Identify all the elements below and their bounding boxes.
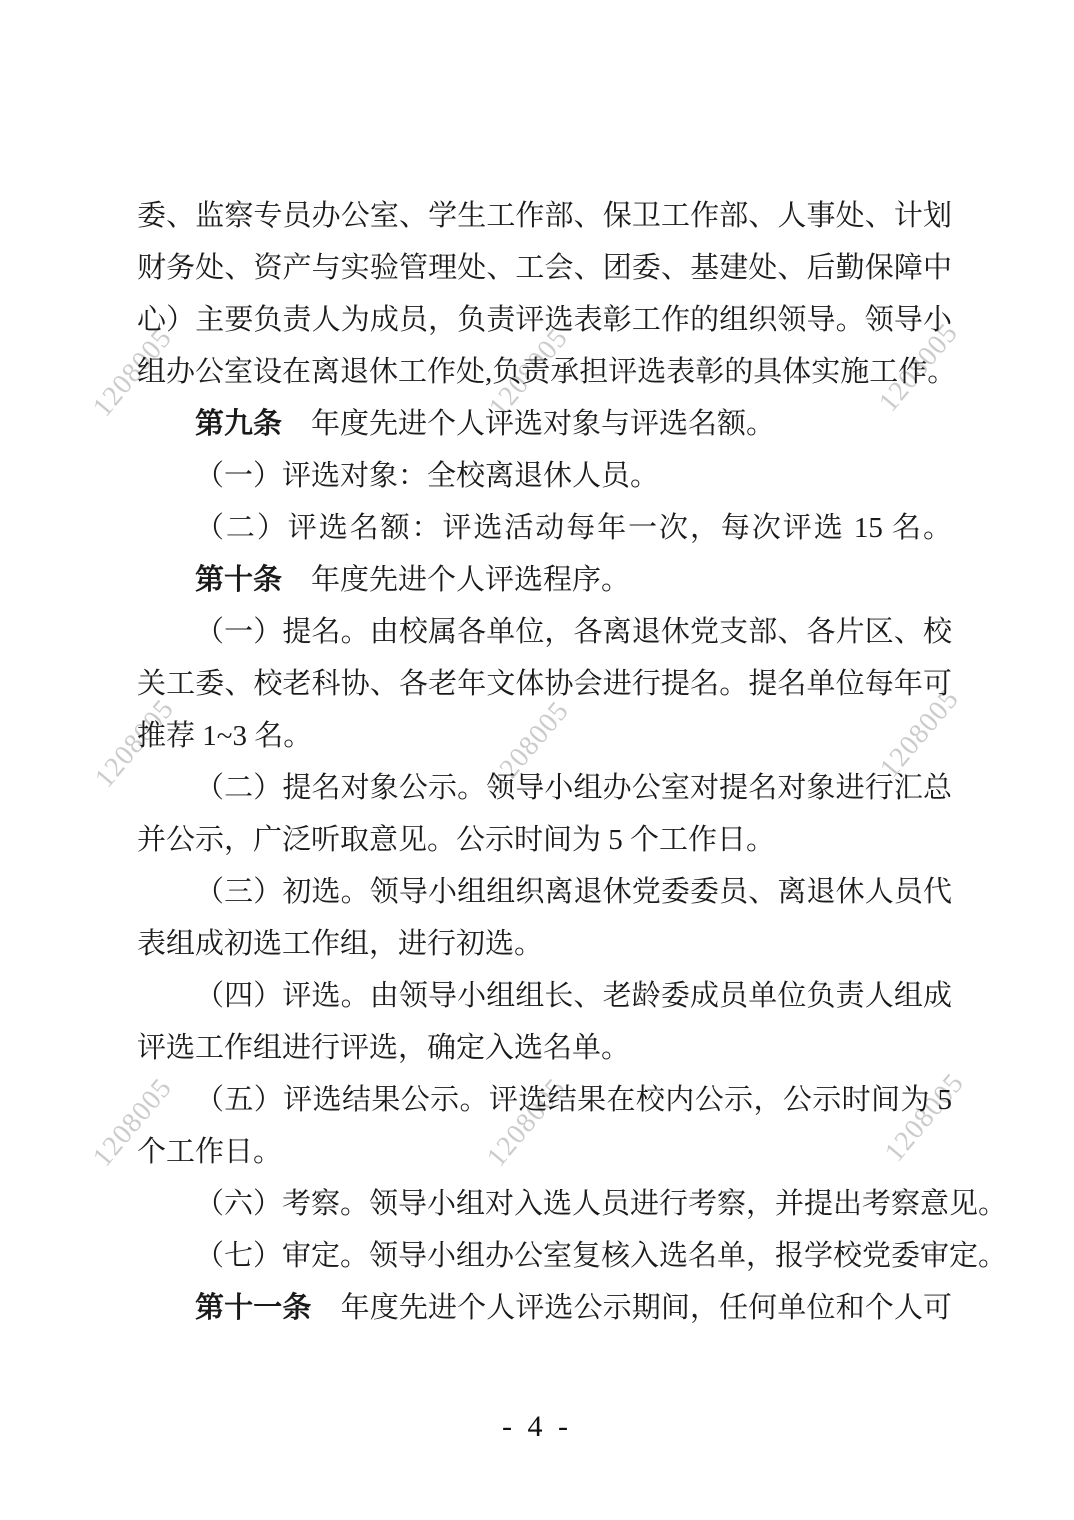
text-line: 心）主要负责人为成员，负责评选表彰工作的组织领导。领导小 xyxy=(137,294,952,346)
text-line: （一）评选对象：全校离退休人员。 xyxy=(137,450,952,502)
article-number: 第十一条 xyxy=(195,1292,311,1324)
text-line: （七）审定。领导小组办公室复核入选名单，报学校党委审定。 xyxy=(137,1230,952,1282)
text-line: 委、监察专员办公室、学生工作部、保卫工作部、人事处、计划 xyxy=(137,190,952,242)
text-line: （二）评选名额：评选活动每年一次，每次评选 15 名。 xyxy=(137,502,952,554)
text-line: 第九条 年度先进个人评选对象与评选名额。 xyxy=(137,398,952,450)
text-line: （一）提名。由校属各单位，各离退休党支部、各片区、校 xyxy=(137,606,952,658)
text-line: （三）初选。领导小组组织离退休党委委员、离退休人员代 xyxy=(137,866,952,918)
text-line: 个工作日。 xyxy=(137,1126,952,1178)
text-line: 组办公室设在离退休工作处,负责承担评选表彰的具体实施工作。 xyxy=(137,346,952,398)
text-line: （二）提名对象公示。领导小组办公室对提名对象进行汇总 xyxy=(137,762,952,814)
text-line: 评选工作组进行评选，确定入选名单。 xyxy=(137,1022,952,1074)
text-line: 第十条 年度先进个人评选程序。 xyxy=(137,554,952,606)
text-line: （四）评选。由领导小组组长、老龄委成员单位负责人组成 xyxy=(137,970,952,1022)
document-body: 委、监察专员办公室、学生工作部、保卫工作部、人事处、计划财务处、资产与实验管理处… xyxy=(137,190,952,1334)
text-line: 推荐 1~3 名。 xyxy=(137,710,952,762)
article-number: 第十条 xyxy=(195,564,282,596)
text-line: 关工委、校老科协、各老年文体协会进行提名。提名单位每年可 xyxy=(137,658,952,710)
document-page: 1208005120800512080051208005120800512080… xyxy=(0,0,1074,1520)
article-number: 第九条 xyxy=(195,408,282,440)
text-line: 第十一条 年度先进个人评选公示期间，任何单位和个人可 xyxy=(137,1282,952,1334)
text-line: 并公示，广泛听取意见。公示时间为 5 个工作日。 xyxy=(137,814,952,866)
text-line: （五）评选结果公示。评选结果在校内公示，公示时间为 5 xyxy=(137,1074,952,1126)
text-line: （六）考察。领导小组对入选人员进行考察，并提出考察意见。 xyxy=(137,1178,952,1230)
page-number: - 4 - xyxy=(0,1410,1074,1444)
text-line: 财务处、资产与实验管理处、工会、团委、基建处、后勤保障中 xyxy=(137,242,952,294)
text-line: 表组成初选工作组，进行初选。 xyxy=(137,918,952,970)
